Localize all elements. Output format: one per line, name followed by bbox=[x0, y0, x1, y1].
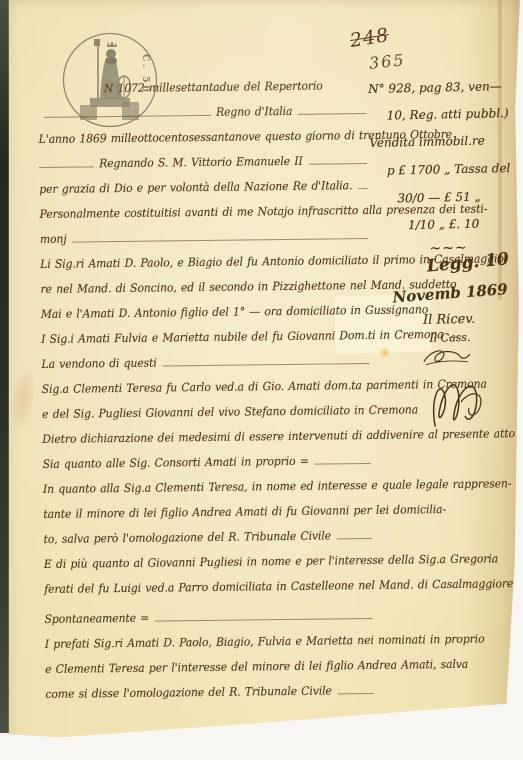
manuscript-line: come si disse l'omologazione del R. Trib… bbox=[45, 683, 378, 712]
margin-annotations: N° 928, pag 83, ven— 10, Reg. atti pubbl… bbox=[366, 79, 523, 422]
line-text: monj bbox=[40, 232, 67, 246]
margin-note-register: 10, Reg. atti pubbl.) bbox=[387, 106, 509, 123]
flourish-rule bbox=[39, 166, 94, 168]
flourish-rule bbox=[162, 363, 369, 367]
manuscript-page: C. 50 248 365 N 1072 millesettantadue de… bbox=[0, 0, 523, 760]
line-text: Sia quanto alle Sig. Consorti Amati in p… bbox=[43, 454, 309, 471]
archival-number: 365 bbox=[368, 50, 406, 73]
archival-number-struck: 248 bbox=[349, 24, 391, 52]
flourish-rule bbox=[337, 693, 373, 694]
flourish-rule bbox=[72, 238, 368, 243]
margin-note-date: Novemb 1869 bbox=[392, 280, 508, 306]
margin-signature-cashier-label: Il Cass. bbox=[429, 331, 470, 345]
red-ink-stain bbox=[7, 362, 40, 436]
margin-signature-receiver-label: Il Ricev. bbox=[423, 312, 476, 328]
flourish-rule bbox=[308, 163, 367, 165]
line-text: Regno d'Italia bbox=[216, 104, 292, 119]
line-text: come si disse l'omologazione del R. Trib… bbox=[45, 683, 332, 700]
flourish-rule bbox=[44, 115, 211, 118]
flourish-rule bbox=[358, 188, 367, 189]
line-text: per grazia di Dio e per volontà della Na… bbox=[39, 178, 352, 196]
margin-note-repertory: N° 928, pag 83, ven— bbox=[368, 79, 502, 96]
margin-note-tax-amount: 30/0 — £ 51 „ bbox=[397, 190, 481, 206]
flourish-rule bbox=[337, 538, 372, 539]
flourish-rule bbox=[314, 463, 370, 465]
line-text: N 1072 millesettantadue del Repertorio bbox=[104, 79, 323, 96]
line-text: La vendono di questi bbox=[41, 356, 156, 371]
margin-note-subject: Vendita immobil.re bbox=[369, 134, 485, 150]
line-text: to, salva però l'omologazione del R. Tri… bbox=[43, 528, 331, 546]
binding-strip bbox=[0, 0, 9, 733]
margin-note-tenth: 1/10 „ £. 10 bbox=[408, 217, 480, 232]
line-text: Regnando S. M. Vittorio Emanuele II bbox=[99, 154, 303, 170]
flourish-rule bbox=[298, 113, 366, 115]
flourish-rule bbox=[155, 618, 373, 622]
margin-note-price-tax: p £ 1700 „ Tassa del bbox=[387, 161, 511, 178]
manuscript-line: ferati del fu Luigi ved.a Parro domicili… bbox=[44, 578, 377, 607]
manuscript-body: N 1072 millesettantadue del Repertorio R… bbox=[38, 78, 378, 712]
signature-flourish-large bbox=[424, 368, 489, 437]
line-text: Spontaneamente = bbox=[44, 611, 149, 626]
